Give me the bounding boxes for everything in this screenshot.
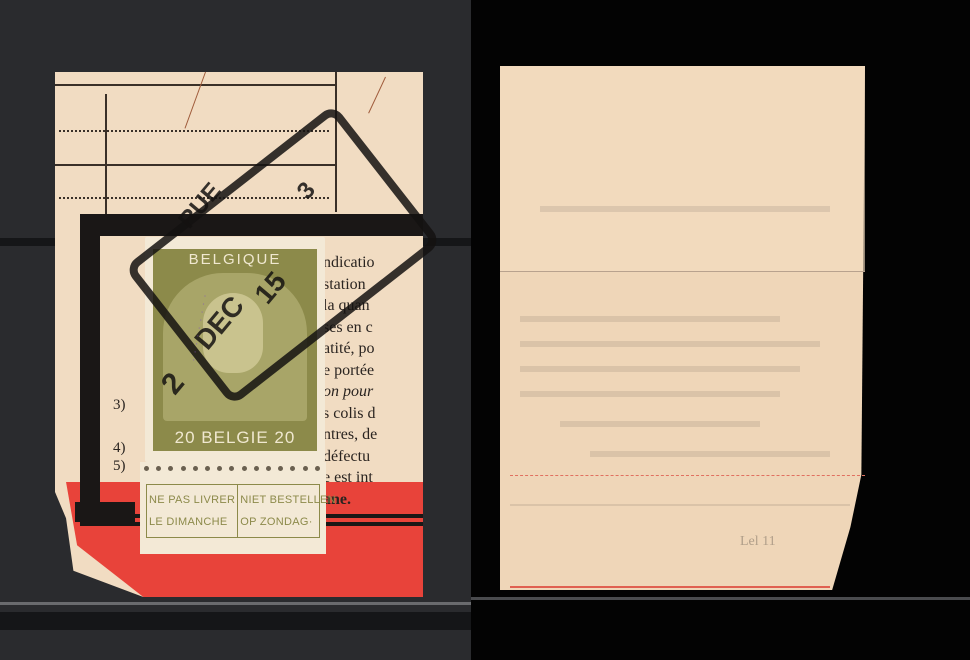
- show-through: [510, 504, 850, 506]
- form-rule: [105, 94, 107, 214]
- form-rule: [55, 84, 335, 86]
- show-through-text: Lel 11: [740, 534, 776, 550]
- show-through: [520, 316, 780, 322]
- red-show-through: [510, 475, 865, 476]
- form-text-line: atité, po: [323, 338, 423, 360]
- paper-upper-layer: [500, 66, 865, 271]
- fold-line: [500, 271, 865, 272]
- front-fragment: ndicatio station la quan ses en c atité,…: [55, 72, 423, 597]
- tab-text: NIET BESTELLEN: [240, 489, 336, 511]
- stamp-sunday-tab: NE PAS LIVRER LE DIMANCHE NIET BESTELLEN…: [140, 462, 326, 554]
- stamp-value-label: 20 BELGIE 20: [153, 425, 317, 451]
- tab-text: OP ZONDAG·: [240, 511, 336, 533]
- form-text-line: s colis d: [323, 403, 423, 425]
- form-number: 4): [113, 440, 126, 457]
- tab-french: NE PAS LIVRER LE DIMANCHE: [147, 485, 237, 537]
- form-dotted-rule: [59, 130, 329, 132]
- back-fragment: Lel 11: [500, 66, 865, 590]
- form-number: 5): [113, 458, 126, 475]
- form-text-line: e portée: [323, 360, 423, 382]
- show-through: [560, 421, 760, 427]
- tab-text: LE DIMANCHE: [149, 511, 235, 533]
- form-text-line: on pour: [323, 381, 423, 403]
- rail-line: [471, 597, 970, 600]
- tab-dutch: NIET BESTELLEN OP ZONDAG·: [237, 485, 338, 537]
- perforations: [144, 466, 320, 471]
- form-text-line: ane.: [323, 489, 423, 511]
- rail-line: [0, 602, 471, 605]
- tab-text: NE PAS LIVRER: [149, 489, 235, 511]
- red-edge: [510, 586, 830, 588]
- form-text-line: ntres, de: [323, 424, 423, 446]
- show-through: [540, 206, 830, 212]
- show-through: [590, 451, 830, 457]
- form-text-line: e est int: [323, 467, 423, 489]
- form-text-line: défectu: [323, 446, 423, 468]
- tab-inscription: NE PAS LIVRER LE DIMANCHE NIET BESTELLEN…: [146, 484, 320, 538]
- form-number: 3): [113, 397, 126, 414]
- show-through: [520, 366, 800, 372]
- black-frame-corner: [75, 502, 135, 522]
- rail-shadow: [0, 612, 471, 630]
- black-frame-left: [80, 214, 100, 524]
- show-through: [520, 341, 820, 347]
- show-through: [520, 391, 780, 397]
